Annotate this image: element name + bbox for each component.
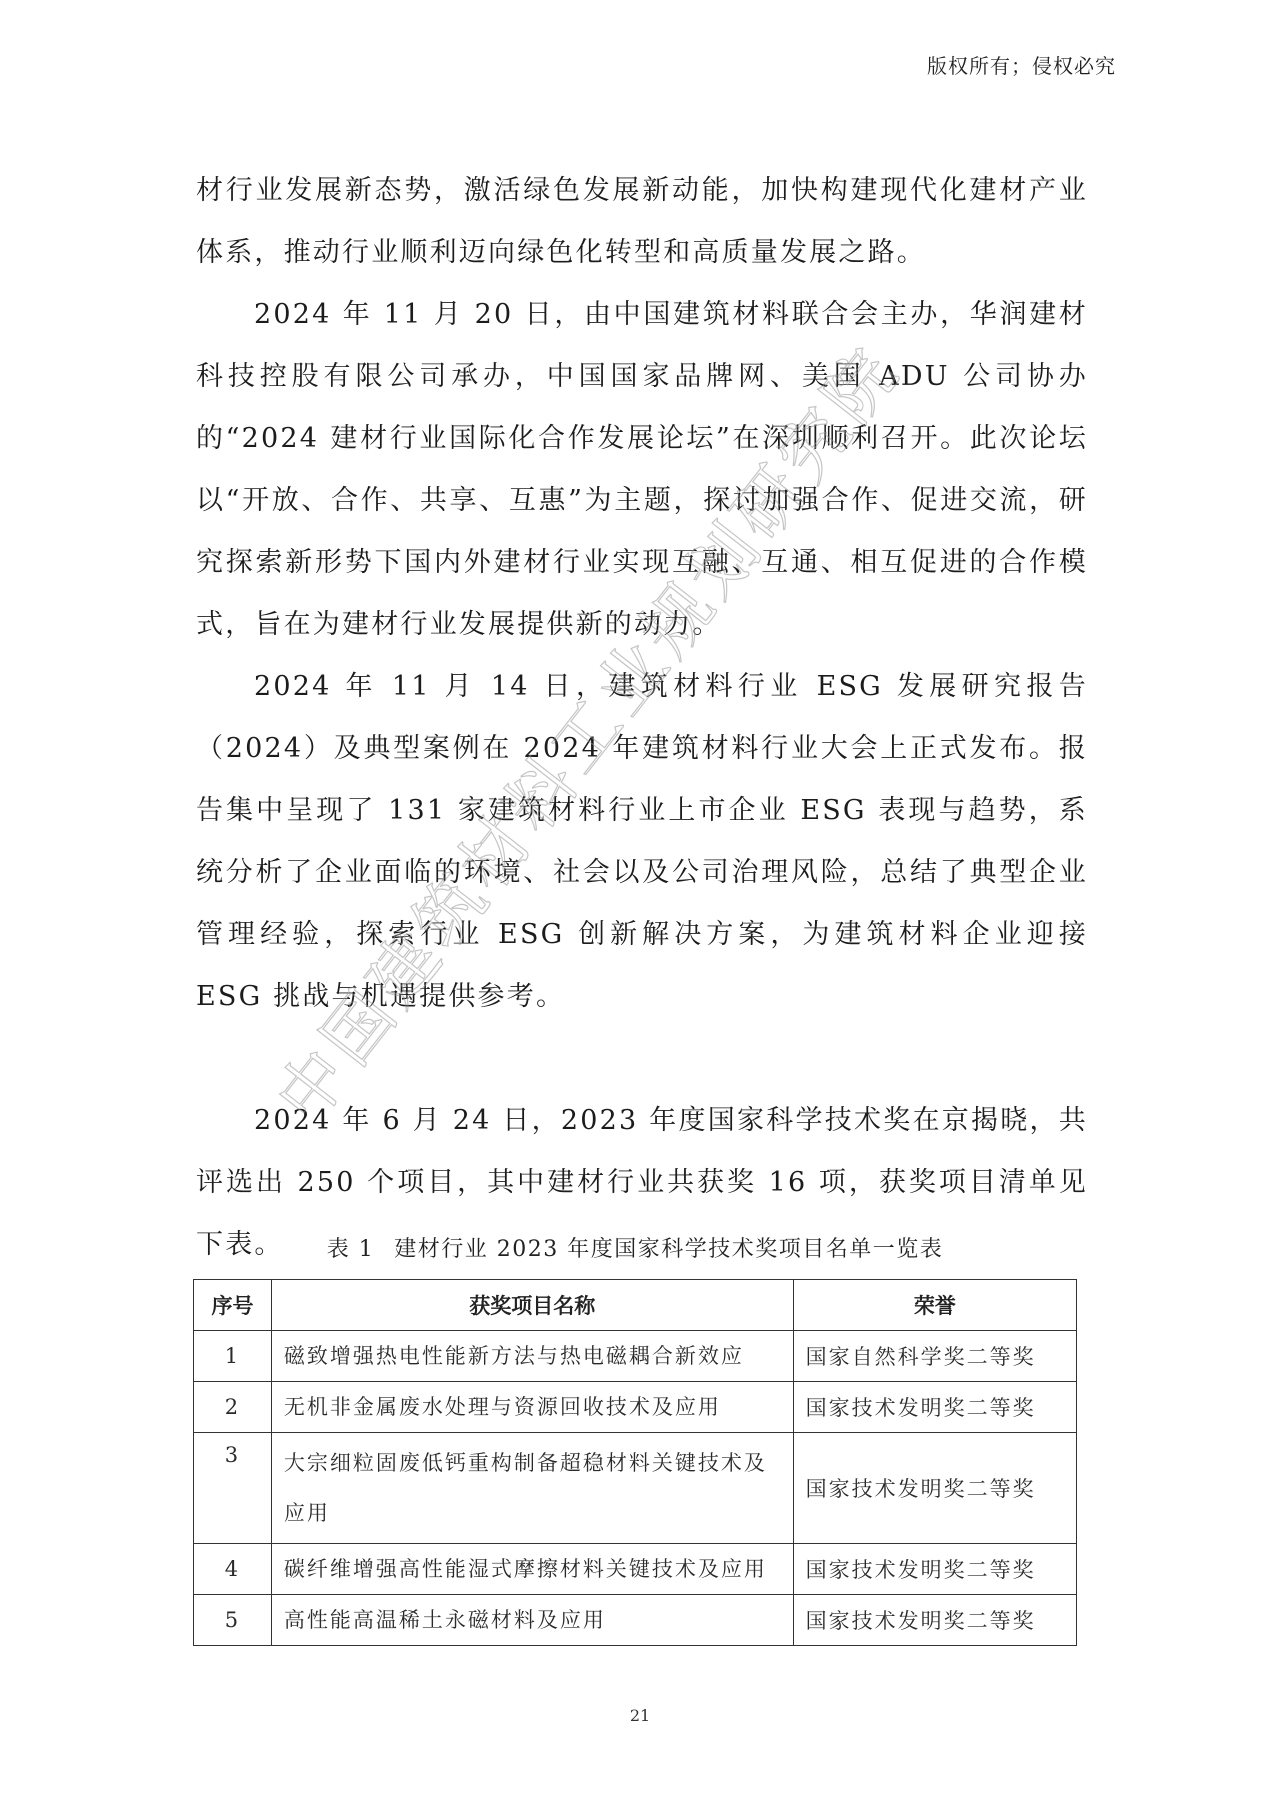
table-caption-title: 建材行业 2023 年度国家科学技术奖项目名单一览表 <box>394 1237 943 1262</box>
paragraph-text: 2024 年 11 月 14 日，建筑材料行业 ESG 发展研究报告（2024）… <box>196 656 1088 1028</box>
copyright-note: 版权所有；侵权必究 <box>927 50 1116 79</box>
paragraph-esg-report: 2024 年 11 月 14 日，建筑材料行业 ESG 发展研究报告（2024）… <box>196 656 1088 1028</box>
column-header-honor: 荣誉 <box>793 1280 1076 1331</box>
paragraph-continuation: 材行业发展新态势，激活绿色发展新动能，加快构建现代化建材产业体系，推动行业顺利迈… <box>196 160 1088 284</box>
row-index: 5 <box>194 1595 272 1646</box>
column-header-project-name: 获奖项目名称 <box>271 1280 793 1331</box>
table-row: 5 高性能高温稀土永磁材料及应用 国家技术发明奖二等奖 <box>194 1595 1077 1646</box>
row-project-name: 碳纤维增强高性能湿式摩擦材料关键技术及应用 <box>271 1544 793 1595</box>
row-index: 1 <box>194 1331 272 1382</box>
row-honor: 国家技术发明奖二等奖 <box>793 1382 1076 1433</box>
table-caption: 表 1建材行业 2023 年度国家科学技术奖项目名单一览表 <box>193 1232 1077 1263</box>
table-row: 1 磁致增强热电性能新方法与热电磁耦合新效应 国家自然科学奖二等奖 <box>194 1331 1077 1382</box>
row-index: 4 <box>194 1544 272 1595</box>
paragraph-forum: 2024 年 11 月 20 日，由中国建筑材料联合会主办，华润建材科技控股有限… <box>196 284 1088 656</box>
table-caption-number: 表 1 <box>327 1237 375 1262</box>
row-project-name: 磁致增强热电性能新方法与热电磁耦合新效应 <box>271 1331 793 1382</box>
row-honor: 国家自然科学奖二等奖 <box>793 1331 1076 1382</box>
row-honor: 国家技术发明奖二等奖 <box>793 1544 1076 1595</box>
page-number: 21 <box>0 1706 1280 1725</box>
row-honor: 国家技术发明奖二等奖 <box>793 1595 1076 1646</box>
row-honor: 国家技术发明奖二等奖 <box>793 1433 1076 1544</box>
table-row: 4 碳纤维增强高性能湿式摩擦材料关键技术及应用 国家技术发明奖二等奖 <box>194 1544 1077 1595</box>
row-project-name: 大宗细粒固废低钙重构制备超稳材料关键技术及应用 <box>271 1433 793 1544</box>
awards-table: 序号 获奖项目名称 荣誉 1 磁致增强热电性能新方法与热电磁耦合新效应 国家自然… <box>193 1279 1077 1646</box>
table-row: 2 无机非金属废水处理与资源回收技术及应用 国家技术发明奖二等奖 <box>194 1382 1077 1433</box>
row-project-name: 高性能高温稀土永磁材料及应用 <box>271 1595 793 1646</box>
column-header-index: 序号 <box>194 1280 272 1331</box>
row-index: 2 <box>194 1382 272 1433</box>
paragraph-text: 材行业发展新态势，激活绿色发展新动能，加快构建现代化建材产业体系，推动行业顺利迈… <box>196 160 1088 284</box>
row-index: 3 <box>194 1433 272 1544</box>
table-row: 3 大宗细粒固废低钙重构制备超稳材料关键技术及应用 国家技术发明奖二等奖 <box>194 1433 1077 1544</box>
paragraph-text: 2024 年 11 月 20 日，由中国建筑材料联合会主办，华润建材科技控股有限… <box>196 284 1088 656</box>
table-header-row: 序号 获奖项目名称 荣誉 <box>194 1280 1077 1331</box>
row-project-name: 无机非金属废水处理与资源回收技术及应用 <box>271 1382 793 1433</box>
